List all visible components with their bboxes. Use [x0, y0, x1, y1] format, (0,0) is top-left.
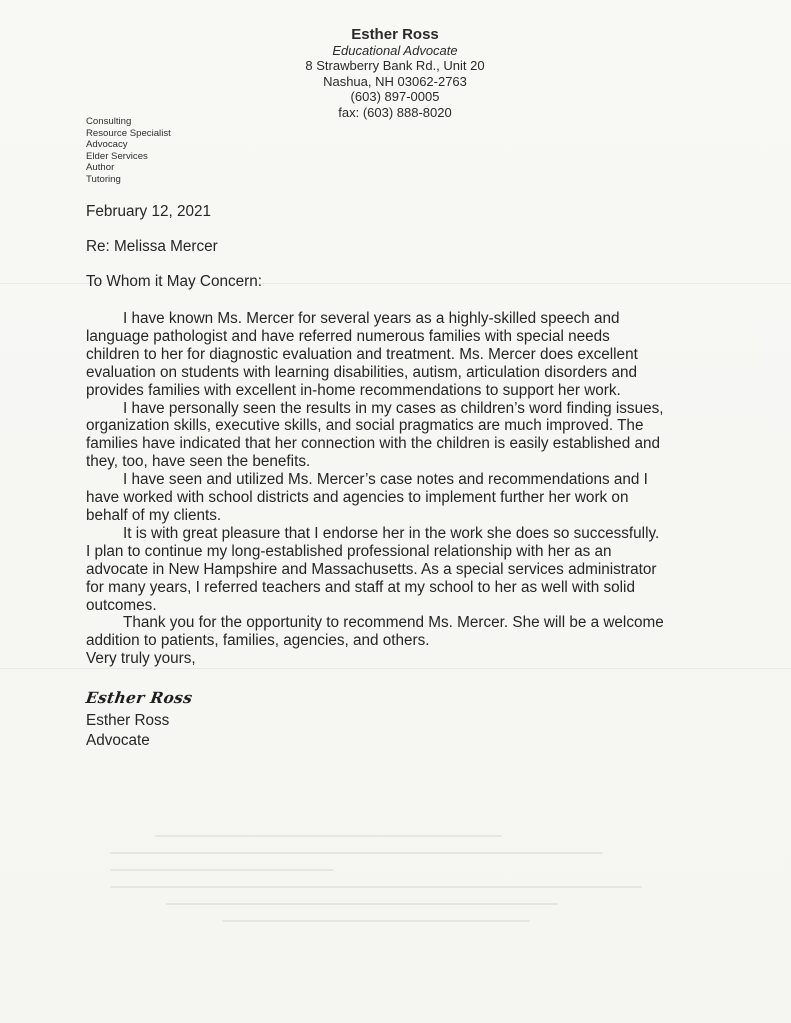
- letterhead-name: Esther Ross: [250, 26, 540, 43]
- signature-block: Esther Ross Advocate: [86, 711, 169, 751]
- paper-fold-line: [0, 668, 791, 669]
- service-item: Tutoring: [86, 174, 171, 186]
- letter-paragraph: I have known Ms. Mercer for several year…: [86, 310, 666, 400]
- letter-paragraph: I have seen and utilized Ms. Mercer’s ca…: [86, 471, 666, 525]
- bleed-through-marks: [110, 835, 670, 945]
- letter-paragraph: It is with great pleasure that I endorse…: [86, 525, 666, 615]
- service-item: Author: [86, 162, 171, 174]
- letter-body: I have known Ms. Mercer for several year…: [86, 310, 666, 650]
- letter-paragraph: Thank you for the opportunity to recomme…: [86, 614, 666, 650]
- letter-date: February 12, 2021: [86, 203, 211, 221]
- letterhead: Esther Ross Educational Advocate 8 Straw…: [250, 26, 540, 120]
- services-list: Consulting Resource Specialist Advocacy …: [86, 116, 171, 186]
- signer-name: Esther Ross: [86, 711, 169, 731]
- letter-closing: Very truly yours,: [86, 650, 196, 668]
- letterhead-fax: fax: (603) 888-8020: [250, 105, 540, 120]
- signer-title: Advocate: [86, 731, 169, 751]
- handwritten-signature: Esther Ross: [85, 688, 194, 707]
- letterhead-address-line1: 8 Strawberry Bank Rd., Unit 20: [250, 58, 540, 73]
- letterhead-phone: (603) 897-0005: [250, 89, 540, 104]
- letterhead-title: Educational Advocate: [250, 43, 540, 58]
- service-item: Advocacy: [86, 139, 171, 151]
- service-item: Resource Specialist: [86, 128, 171, 140]
- letter-salutation: To Whom it May Concern:: [86, 273, 262, 291]
- letter-page: Esther Ross Educational Advocate 8 Straw…: [0, 0, 791, 1023]
- letterhead-address-line2: Nashua, NH 03062-2763: [250, 74, 540, 89]
- service-item: Elder Services: [86, 151, 171, 163]
- letter-paragraph: I have personally seen the results in my…: [86, 400, 666, 472]
- service-item: Consulting: [86, 116, 171, 128]
- letter-subject: Re: Melissa Mercer: [86, 238, 218, 256]
